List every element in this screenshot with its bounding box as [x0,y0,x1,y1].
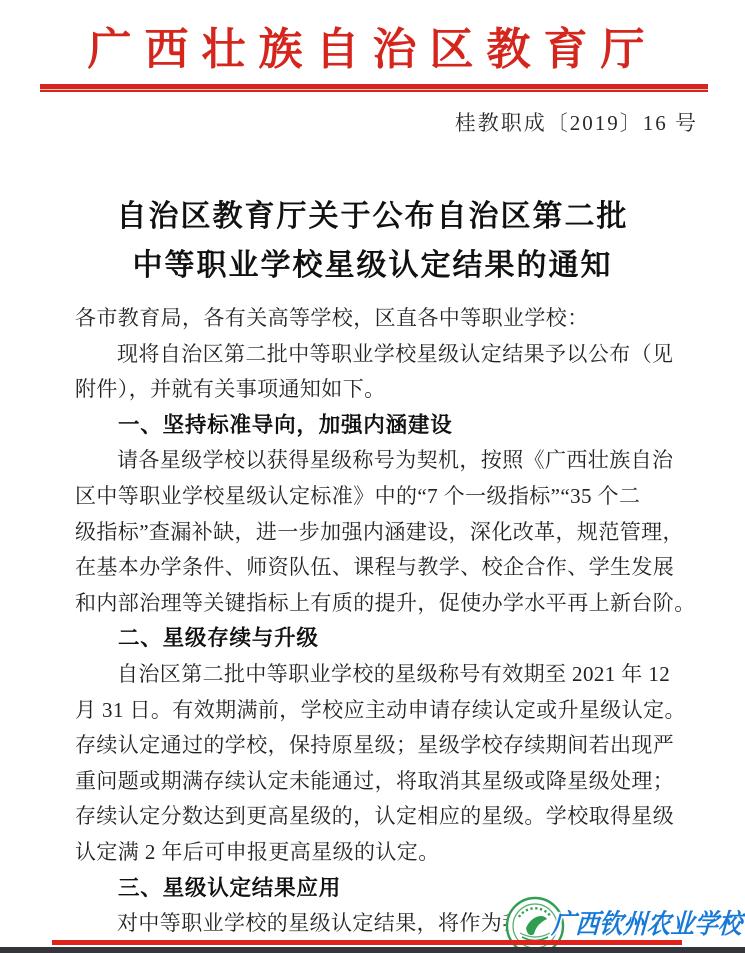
body-line: 各市教育局，各有关高等学校，区直各中等职业学校： [75,301,675,337]
document-title-line-1: 自治区教育厅关于公布自治区第二批 [0,192,745,241]
body-line: 区中等职业学校星级认定标准》中的“7 个一级指标”“35 个二 [75,479,675,515]
body-line: 重问题或期满存续认定未能通过，将取消其星级或降星级处理； [75,764,675,800]
document-title: 自治区教育厅关于公布自治区第二批 中等职业学校星级认定结果的通知 [0,192,745,290]
body-line: 自治区第二批中等职业学校的星级称号有效期至 2021 年 12 [75,657,675,693]
document-number: 桂教职成〔2019〕16 号 [0,108,745,138]
header-divider-rule [40,84,708,93]
document-body: 各市教育局，各有关高等学校，区直各中等职业学校：现将自治区第二批中等职业学校星级… [0,301,745,942]
school-name-watermark: 广西钦州农业学校 [551,902,743,941]
body-line: 现将自治区第二批中等职业学校星级认定结果予以公布（见 [75,337,675,373]
section-heading-line: 三、星级认定结果应用 [75,871,675,907]
body-line: 月 31 日。有效期满前，学校应主动申请存续认定或升星级认定。 [75,693,675,729]
body-line: 存续认定分数达到更高星级的，认定相应的星级。学校取得星级 [75,799,675,835]
document-title-line-2: 中等职业学校星级认定结果的通知 [0,241,745,290]
body-line: 认定满 2 年后可申报更高星级的认定。 [75,835,675,871]
body-line: 附件），并就有关事项通知如下。 [75,372,675,408]
section-heading-line: 二、星级存续与升级 [75,621,675,657]
section-heading-line: 一、坚持标准导向，加强内涵建设 [75,408,675,444]
body-line: 在基本办学条件、师资队伍、课程与教学、校企合作、学生发展 [75,550,675,586]
body-line: 请各星级学校以获得星级称号为契机，按照《广西壮族自治 [75,443,675,479]
footer-dark-edge-line [0,947,745,953]
body-line: 级指标”查漏补缺，进一步加强内涵建设，深化改革，规范管理， [75,515,675,551]
official-document-page: 广西壮族自治区教育厅 桂教职成〔2019〕16 号 自治区教育厅关于公布自治区第… [0,0,745,953]
agency-name-heading: 广西壮族自治区教育厅 [0,0,745,76]
footer-red-underline [52,940,682,945]
body-line: 和内部治理等关键指标上有质的提升，促使办学水平再上新台阶。 [75,586,675,622]
body-line: 存续认定通过的学校，保持原星级；星级学校存续期间若出现严 [75,728,675,764]
